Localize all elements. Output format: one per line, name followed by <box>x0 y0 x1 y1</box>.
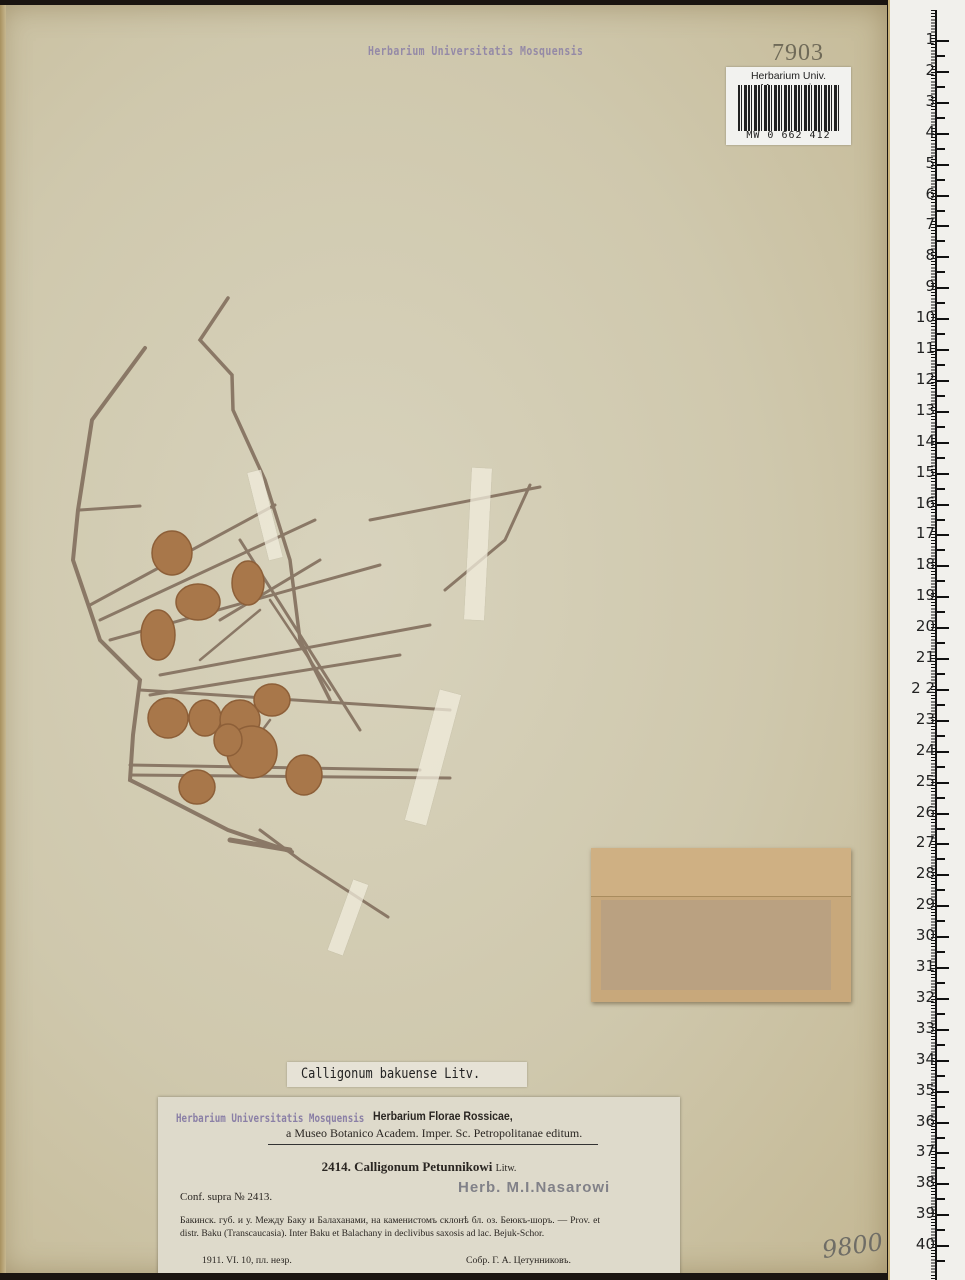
ruler-label: 18 <box>916 555 935 573</box>
ruler-label: 5 <box>925 154 935 172</box>
ruler-label: 9 <box>925 277 935 295</box>
ruler-label: 29 <box>916 895 935 913</box>
ruler-major-tick <box>935 998 949 1000</box>
ruler-label: 36 <box>916 1112 935 1130</box>
ruler-label: 27 <box>916 833 935 851</box>
ruler-major-tick <box>935 936 949 938</box>
ruler-major-tick <box>935 133 949 135</box>
ruler-label: 40 <box>916 1235 935 1253</box>
ruler-label: 13 <box>916 401 935 419</box>
ruler-label: 34 <box>916 1050 935 1068</box>
ruler-major-tick <box>935 442 949 444</box>
ruler-mid-tick <box>935 1137 945 1139</box>
ruler-label: 11 <box>916 339 935 357</box>
ruler-label: 31 <box>916 957 935 975</box>
label-herbarium-title: Herbarium Florae Rossicae, <box>373 1109 513 1123</box>
ruler-label: 12 <box>916 370 935 388</box>
scan-border <box>0 1273 887 1280</box>
ruler-mid-tick <box>935 951 945 953</box>
herbarium-stamp: Herbarium Universitatis Mosquensis <box>176 1111 364 1125</box>
ruler-mid-tick <box>935 117 945 119</box>
ruler-mid-tick <box>935 210 945 212</box>
ruler-mid-tick <box>935 673 945 675</box>
ruler-mid-tick <box>935 889 945 891</box>
ruler-label: 4 <box>925 123 935 141</box>
label-conf: Conf. supra № 2413. <box>180 1191 272 1203</box>
ruler-label: 7 <box>925 215 935 233</box>
ruler-mid-tick <box>935 240 945 242</box>
ruler-label: 20 <box>916 617 935 635</box>
ruler-label: 28 <box>916 864 935 882</box>
ruler-mid-tick <box>935 1229 945 1231</box>
ruler-major-tick <box>935 1060 949 1062</box>
ruler-label: 25 <box>916 772 935 790</box>
ruler-major-tick <box>935 874 949 876</box>
ruler-major-tick <box>935 596 949 598</box>
ruler-label: 2 2 <box>911 679 935 697</box>
ruler-major-tick <box>935 164 949 166</box>
ruler-major-tick <box>935 1245 949 1247</box>
ruler-major-tick <box>935 380 949 382</box>
seed-envelope[interactable] <box>591 848 851 1002</box>
ruler-mid-tick <box>935 1260 945 1262</box>
ruler-mark: 40 <box>890 1245 965 1276</box>
ruler-label: 10 <box>916 308 935 326</box>
ruler-label: 2 <box>925 61 935 79</box>
ruler-label: 8 <box>925 246 935 264</box>
ruler-major-tick <box>935 782 949 784</box>
ruler-major-tick <box>935 411 949 413</box>
ruler-label: 38 <box>916 1173 935 1191</box>
ruler-major-tick <box>935 40 949 42</box>
label-locality: Бакинск. губ. и у. Между Баку и Балахана… <box>180 1215 600 1240</box>
ruler-mid-tick <box>935 642 945 644</box>
envelope-window <box>601 900 831 990</box>
ruler-mid-tick <box>935 519 945 521</box>
ruler-label: 33 <box>916 1019 935 1037</box>
ruler-mid-tick <box>935 55 945 57</box>
ruler-major-tick <box>935 318 949 320</box>
label-species: 2414. Calligonum Petunnikowi Litw. <box>158 1159 680 1175</box>
ruler-label: 39 <box>916 1204 935 1222</box>
ruler-label: 37 <box>916 1142 935 1160</box>
ruler-major-tick <box>935 287 949 289</box>
ruler-mid-tick <box>935 920 945 922</box>
ruler-mid-tick <box>935 488 945 490</box>
ruler-major-tick <box>935 843 949 845</box>
species-author: Litw. <box>496 1163 517 1174</box>
ruler-major-tick <box>935 565 949 567</box>
ruler-major-tick <box>935 71 949 73</box>
ruler-mid-tick <box>935 1106 945 1108</box>
ruler-label: 17 <box>916 524 935 542</box>
ruler-mid-tick <box>935 426 945 428</box>
species-name: 2414. Calligonum Petunnikowi <box>322 1159 493 1174</box>
ruler-major-tick <box>935 1183 949 1185</box>
ruler-mid-tick <box>935 1044 945 1046</box>
ruler-label: 32 <box>916 988 935 1006</box>
ruler-mid-tick <box>935 982 945 984</box>
ruler-label: 19 <box>916 586 935 604</box>
ruler-major-tick <box>935 1091 949 1093</box>
label-date: 1911. VI. 10, пл. незр. <box>202 1255 292 1266</box>
scale-ruler: 1234567891011121314151617181920212 22324… <box>888 0 965 1280</box>
ruler-mid-tick <box>935 271 945 273</box>
ruler-label: 30 <box>916 926 935 944</box>
ruler-major-tick <box>935 905 949 907</box>
determination-text: Calligonum bakuense Litv. <box>301 1066 480 1082</box>
ruler-mid-tick <box>935 395 945 397</box>
nasarow-stamp: Herb. M.I.Nasarowi <box>458 1179 610 1196</box>
ruler-mid-tick <box>935 86 945 88</box>
ruler-mid-tick <box>935 302 945 304</box>
ruler-major-tick <box>935 813 949 815</box>
label-collector: Собр. Г. А. Цетунниковъ. <box>466 1255 571 1266</box>
ruler-major-tick <box>935 195 949 197</box>
ruler-major-tick <box>935 1152 949 1154</box>
ruler-major-tick <box>935 751 949 753</box>
ruler-major-tick <box>935 1214 949 1216</box>
ruler-mid-tick <box>935 549 945 551</box>
ruler-label: 23 <box>916 710 935 728</box>
ruler-mid-tick <box>935 735 945 737</box>
ruler-mid-tick <box>935 148 945 150</box>
ruler-label: 16 <box>916 494 935 512</box>
ruler-label: 3 <box>925 92 935 110</box>
ruler-major-tick <box>935 256 949 258</box>
ruler-major-tick <box>935 349 949 351</box>
ruler-mid-tick <box>935 828 945 830</box>
ruler-mid-tick <box>935 1075 945 1077</box>
ruler-mid-tick <box>935 333 945 335</box>
ruler-major-tick <box>935 534 949 536</box>
ruler-mid-tick <box>935 766 945 768</box>
ruler-mid-tick <box>935 858 945 860</box>
ruler-major-tick <box>935 1029 949 1031</box>
ruler-label: 26 <box>916 803 935 821</box>
envelope-flap <box>591 848 851 897</box>
ruler-mid-tick <box>935 611 945 613</box>
ruler-mid-tick <box>935 457 945 459</box>
determination-label: Calligonum bakuense Litv. <box>287 1062 527 1087</box>
specimen-label: Herbarium Universitatis Mosquensis Herba… <box>158 1097 680 1275</box>
ruler-label: 24 <box>916 741 935 759</box>
ruler-major-tick <box>935 504 949 506</box>
ruler-label: 6 <box>925 185 935 203</box>
ruler-mid-tick <box>935 1198 945 1200</box>
label-divider <box>268 1144 598 1145</box>
ruler-label: 35 <box>916 1081 935 1099</box>
label-publisher: a Museo Botanico Academ. Imper. Sc. Petr… <box>286 1126 582 1141</box>
ruler-major-tick <box>935 689 949 691</box>
ruler-mid-tick <box>935 580 945 582</box>
ruler-major-tick <box>935 967 949 969</box>
ruler-major-tick <box>935 1122 949 1124</box>
plant-specimen <box>0 0 887 1280</box>
ruler-mid-tick <box>935 179 945 181</box>
ruler-major-tick <box>935 225 949 227</box>
ruler-major-tick <box>935 102 949 104</box>
ruler-major-tick <box>935 627 949 629</box>
ruler-mid-tick <box>935 364 945 366</box>
ruler-mid-tick <box>935 797 945 799</box>
ruler-mid-tick <box>935 1167 945 1169</box>
ruler-label: 15 <box>916 463 935 481</box>
ruler-major-tick <box>935 473 949 475</box>
ruler-label: 21 <box>916 648 935 666</box>
ruler-mid-tick <box>935 1013 945 1015</box>
ruler-major-tick <box>935 658 949 660</box>
ruler-label: 14 <box>916 432 935 450</box>
ruler-label: 1 <box>925 30 935 48</box>
ruler-major-tick <box>935 720 949 722</box>
ruler-mid-tick <box>935 704 945 706</box>
